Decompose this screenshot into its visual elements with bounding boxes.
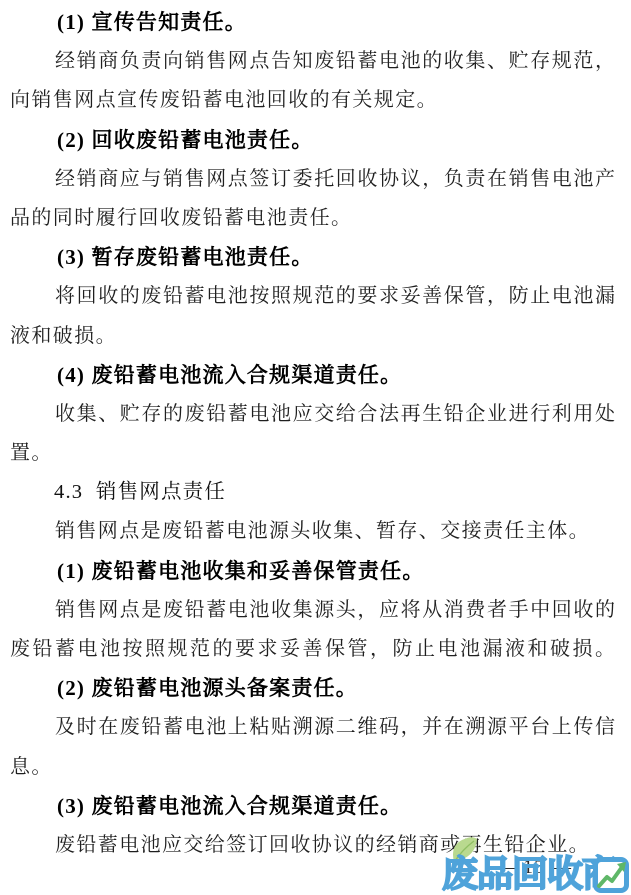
body-line: 向销售网点宣传废铅蓄电池回收的有关规定。: [10, 81, 615, 120]
section-heading: 4.3 销售网点责任: [10, 473, 615, 512]
document-page: (1) 宣传告知责任。 经销商负责向销售网点告知废铅蓄电池的收集、贮存规范， 向…: [0, 0, 631, 895]
subsection-heading: (3) 暂存废铅蓄电池责任。: [10, 238, 615, 277]
subsection-heading: (2) 回收废铅蓄电池责任。: [10, 121, 615, 160]
body-line: 经销商应与销售网点签订委托回收协议，负责在销售电池产: [10, 160, 615, 199]
body-line: 将回收的废铅蓄电池按照规范的要求妥善保管，防止电池漏: [10, 277, 615, 316]
body-line: 废铅蓄电池按照规范的要求妥善保管，防止电池漏液和破损。: [10, 630, 615, 669]
watermark: 废品回收商: [440, 836, 631, 895]
body-line: 销售网点是废铅蓄电池源头收集、暂存、交接责任主体。: [10, 512, 615, 551]
body-line: 经销商负责向销售网点告知废铅蓄电池的收集、贮存规范，: [10, 42, 615, 81]
body-line: 收集、贮存的废铅蓄电池应交给合法再生铅企业进行利用处: [10, 395, 615, 434]
body-line: 液和破损。: [10, 317, 615, 356]
body-line: 息。: [10, 748, 615, 787]
chart-up-icon: [593, 857, 629, 893]
body-line: 置。: [10, 434, 615, 473]
watermark-text: 废品回收商: [442, 856, 617, 892]
subsection-heading: (4) 废铅蓄电池流入合规渠道责任。: [10, 356, 615, 395]
document-body: (1) 宣传告知责任。 经销商负责向销售网点告知废铅蓄电池的收集、贮存规范， 向…: [10, 3, 615, 865]
body-line: 品的同时履行回收废铅蓄电池责任。: [10, 199, 615, 238]
subsection-heading: (2) 废铅蓄电池源头备案责任。: [10, 669, 615, 708]
body-line: 及时在废铅蓄电池上粘贴溯源二维码，并在溯源平台上传信: [10, 708, 615, 747]
body-line: 销售网点是废铅蓄电池收集源头，应将从消费者手中回收的: [10, 591, 615, 630]
subsection-heading: (3) 废铅蓄电池流入合规渠道责任。: [10, 787, 615, 826]
subsection-heading: (1) 废铅蓄电池收集和妥善保管责任。: [10, 552, 615, 591]
subsection-heading: (1) 宣传告知责任。: [10, 3, 615, 42]
